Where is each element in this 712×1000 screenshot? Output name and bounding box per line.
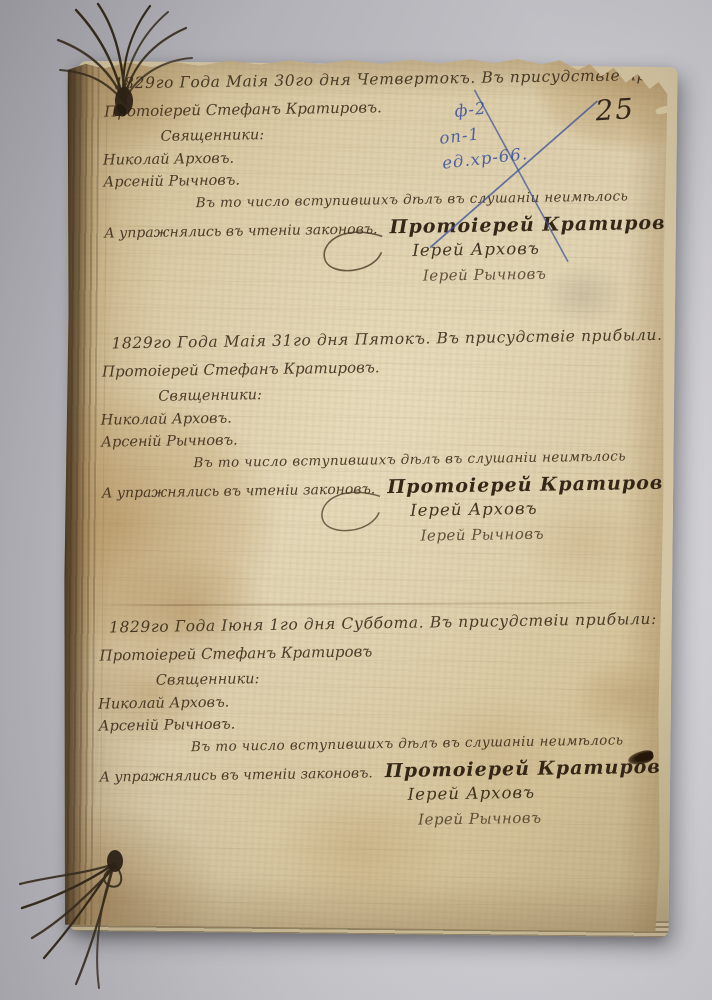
entry-clergy-name: Николай Арховъ. — [101, 404, 661, 429]
binding-thread-top-icon — [46, 0, 196, 116]
signature-flourish-icon — [314, 488, 387, 537]
signature-priest: Іерей Рычновъ — [100, 807, 660, 834]
entry-cases: Въ то число вступившихъ дѣлъ въ слушаніи… — [101, 448, 661, 473]
binding-strip — [60, 52, 100, 926]
entry-clergy-name: Арсеній Рычновъ. — [98, 710, 658, 735]
signature-flourish-icon — [316, 228, 389, 277]
journal-entry-may-31: 1829го Года Маія 31го дня Пятокъ. Въ при… — [99, 326, 662, 550]
signature-leader: Протоіерей Кратировъ — [387, 472, 668, 499]
entry-clergy-header: Священники: — [98, 665, 658, 690]
archival-marks: ф-2 оп-1 ед.хр-66. — [435, 91, 529, 175]
entry-leader: Протоіерей Стефанъ Кратировъ — [97, 638, 657, 665]
signature-leader: Протоіерей Кратировъ — [385, 756, 668, 783]
entry-clergy-header: Священники: — [102, 121, 662, 146]
entry-clergy-header: Священники: — [100, 381, 660, 406]
manuscript-photo: 1829го Года Маія 30го дня Четвертокъ. Въ… — [0, 0, 712, 1000]
entry-activity-text: А упражнялись въ чтеніи законовъ. — [99, 765, 373, 785]
page-content: 1829го Года Маія 30го дня Четвертокъ. Въ… — [94, 59, 661, 924]
entry-date: 1829го Года Маія 31го дня Пятокъ. Въ при… — [99, 326, 659, 353]
entry-date: 1829го Года Іюня 1го дня Суббота. Въ при… — [97, 610, 657, 637]
entry-cases: Въ то число вступившихъ дѣлъ въ слушаніи… — [104, 188, 664, 213]
entry-clergy-name: Арсеній Рычновъ. — [101, 426, 661, 451]
entry-clergy-name: Николай Арховъ. — [103, 144, 663, 169]
manuscript-page: 1829го Года Маія 30го дня Четвертокъ. Въ… — [60, 52, 668, 931]
entry-clergy-name: Николай Арховъ. — [98, 688, 658, 713]
journal-entry-june-1: 1829го Года Іюня 1го дня Суббота. Въ при… — [97, 610, 660, 834]
entry-clergy-name: Арсеній Рычновъ. — [103, 166, 663, 191]
entry-leader: Протоіерей Стефанъ Кратировъ. — [100, 354, 660, 381]
entry-cases: Въ то число вступившихъ дѣлъ въ слушаніи… — [99, 732, 659, 757]
page-number: 25 — [594, 92, 636, 127]
binding-thread-bottom-icon — [14, 846, 146, 998]
signature-leader: Протоіерей Кратировъ — [389, 212, 667, 239]
